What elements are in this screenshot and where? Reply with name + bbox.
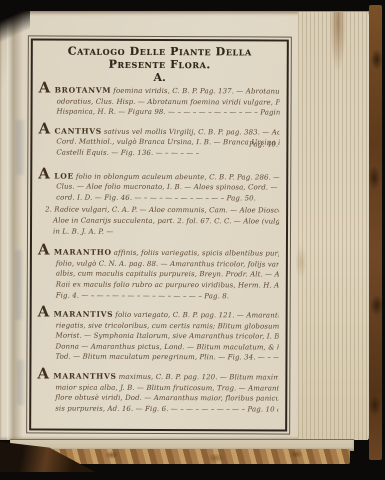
entry-line: maximus, C. B. P. pag. 120. — Blitum max… (119, 373, 279, 382)
catalog-entry-abrotanum: A BROTANVMfoemina viridis, C. B. P. Pag.… (46, 86, 280, 119)
spine-shadow (0, 0, 30, 46)
catalog-entry-amarantho: A MARANTHOaffinis, foliis variegatis, sp… (45, 248, 279, 302)
entry-line: sativus vel mollis Virgilij, C. B. P. pa… (104, 128, 280, 137)
page-fore-edge (298, 12, 368, 440)
entry-line: flore obtusè viridi, Dod. — Amaranthus m… (44, 393, 278, 405)
entry-initial: A (38, 245, 50, 256)
entry-line: Hispanica, H. R. — Figura 98. — – — – — … (46, 107, 280, 119)
entry-line: Tod. — Blitum maculatum peregrinum, Plin… (44, 352, 278, 364)
ink-showthrough (15, 250, 22, 320)
book-cover-edge (369, 5, 382, 460)
entry-line: Castelli Equis. — Fig. 136. — – — – — – (45, 147, 279, 159)
catalog-entry-aloe: A LOEfolio in oblongum aculeum abeunte, … (45, 171, 279, 204)
page-reference: Pag. 40. (249, 139, 278, 150)
marbled-edge (52, 449, 350, 464)
entry-name: LOE (54, 171, 74, 180)
section-letter: A. (39, 71, 281, 83)
entry-line: Aloe in Canarijs succulenta, part. 2. fo… (45, 215, 279, 227)
entry-initial: A (38, 123, 50, 134)
entry-name: BROTANVM (55, 86, 112, 95)
entry-initial: A (38, 307, 50, 318)
entry-line: foemina viridis, C. B. P. Pag. 137. — Ab… (113, 87, 279, 96)
entry-line: folio variegato, C. B. P. pag. 121. — Am… (115, 311, 278, 320)
entry-line: in L. B. J. A. P. — (45, 226, 279, 238)
catalog-entry-amarantius: A MARANTIVSfolio variegato, C. B. P. pag… (44, 310, 278, 364)
entry-line: Raii ex maculis folio rubro ac purpureo … (45, 279, 279, 291)
ink-showthrough (17, 360, 24, 405)
entry-name: MARANTHVS (53, 372, 116, 381)
manuscript-frame: Catalogo Delle Piante Della Presente Flo… (29, 38, 289, 431)
entry-line: folio in oblongum aculeum abeunte, C. B.… (76, 172, 279, 181)
entry-initial: A (37, 369, 49, 380)
page-title: Catalogo Delle Piante Della Presente Flo… (39, 44, 281, 71)
ink-showthrough (16, 120, 24, 175)
entry-line: Clus. — Aloe folio mucronato, I. B. — Al… (45, 182, 279, 194)
catalog-entry-acanthus: A CANTHVSsativus vel mollis Virgilij, C.… (45, 126, 279, 159)
entry-initial: A (38, 168, 50, 179)
entry-initial: A (39, 82, 51, 93)
entry-name: CANTHVS (54, 126, 101, 135)
entry-line: affinis, foliis variegatis, spicis alben… (114, 249, 279, 258)
catalog-subentry-aloe-2: 2. Radice vulgari, C. A. P. — Aloe commu… (45, 205, 279, 238)
entry-name: MARANTHO (54, 248, 112, 257)
entry-line: Fig. 4. — – — – — – — – — – — – — – — – … (45, 290, 279, 302)
catalog-entry-amaranthus: A MARANTHVSmaximus, C. B. P. pag. 120. —… (44, 372, 278, 415)
ink-stain (330, 12, 346, 72)
paper-stain (295, 245, 307, 279)
entry-line: sis purpureis, Ad. 16. — Fig. 6. — – — –… (44, 403, 278, 415)
entry-name: MARANTIVS (54, 310, 114, 319)
entry-line: cord. I. D. — Fig. 46. — – — – — – — – —… (45, 192, 279, 204)
